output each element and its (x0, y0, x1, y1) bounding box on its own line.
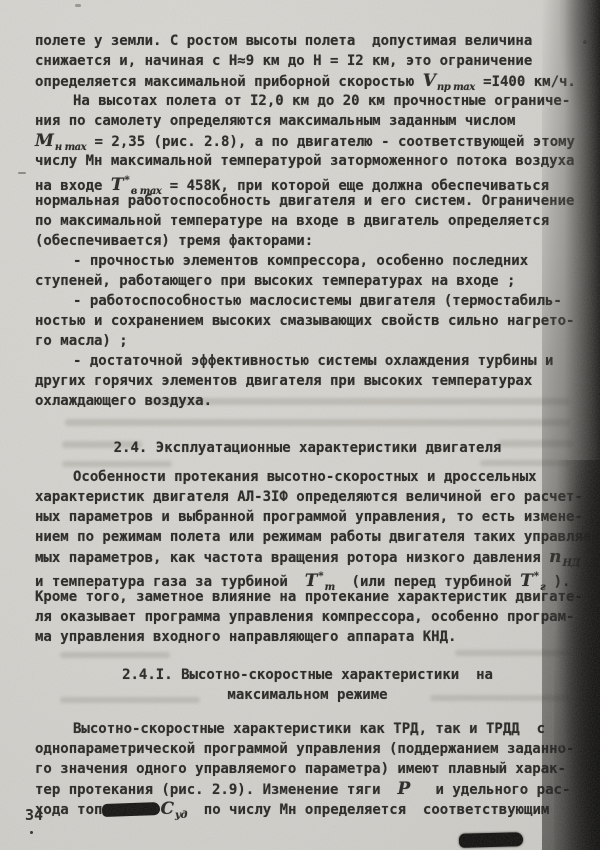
text-line: мых параметров, как частота вращения рот… (35, 547, 580, 567)
scan-speck (75, 4, 81, 7)
text-line: ностью и сохранением высоких смазывающих… (35, 311, 580, 331)
text-line: Кроме того, заметное влияние на протекан… (35, 587, 580, 607)
text-line: - прочностью элементов компрессора, особ… (35, 251, 580, 271)
text-line: - достаточной эффективностью системы охл… (35, 351, 580, 371)
text-line: ступеней, работающего при высоких темпер… (35, 271, 580, 291)
text-line: нормальная работоспособность двигателя и… (35, 191, 580, 211)
text-line: го значения одного управляемого параметр… (35, 759, 580, 779)
text-line: тер протекания (рис. 2.9). Изменение тяг… (35, 779, 580, 799)
paragraph-group: полете у земли. С ростом высоты полета д… (35, 31, 580, 411)
ink-redaction-mark (459, 832, 523, 848)
text-line: 2.4.I. Высотно-скоростные характеристики… (35, 665, 580, 685)
text-line: ма управления входного направляющего апп… (35, 627, 580, 647)
text-line: других горячих элементов двигателя при в… (35, 371, 580, 391)
text-line: снижается и, начиная с Н≈9 км до Н = I2 … (35, 51, 580, 71)
math-symbol: Mн mах (35, 131, 86, 150)
text-line: охлаждающего воздуха. (35, 391, 580, 411)
text-line: На высотах полета от I2,0 км до 20 км пр… (35, 91, 580, 111)
text-line: числу Мн максимальной температурой затор… (35, 151, 580, 171)
math-symbol: Cуд (160, 799, 186, 818)
text-line: - работоспособностью маслосистемы двигат… (35, 291, 580, 311)
text-line: характеристик двигателя АЛ-3IФ определяю… (35, 487, 580, 507)
text-line: максимальном режиме (35, 685, 580, 705)
text-line: 2.4. Эксплуатационные характеристики дви… (35, 438, 580, 458)
scan-speck (18, 172, 26, 174)
text-line: нием по режимам полета или режимам работ… (35, 527, 580, 547)
text-line: полете у земли. С ростом высоты полета д… (35, 31, 580, 51)
text-line: Особенности протекания высотно-скоростны… (35, 467, 580, 487)
text-line: Высотно-скоростные характеристики как ТР… (35, 719, 580, 739)
text-line: однопараметрической программой управлени… (35, 739, 580, 759)
text-line: на входе T*в mах = 458К, при которой еще… (35, 171, 580, 191)
scan-speck (30, 831, 33, 834)
text-line: и температура газа за турбиной T*т (или … (35, 567, 580, 587)
text-line: ля оказывает программа управления компре… (35, 607, 580, 627)
math-symbol: P (397, 779, 410, 798)
section-heading: 2.4. Эксплуатационные характеристики дви… (35, 438, 580, 458)
text-line: Mн mах = 2,35 (рис. 2.8), а по двигателю… (35, 131, 580, 151)
text-line: хода топCуд по числу Мн определяется соо… (35, 799, 580, 819)
paragraph-group: Особенности протекания высотно-скоростны… (35, 467, 580, 647)
text-line: го масла) ; (35, 331, 580, 351)
math-symbol: Vпр mах (423, 71, 475, 90)
text-line: по максимальной температуре на входе в д… (35, 211, 580, 231)
scan-speck (520, 197, 523, 200)
subsection-heading: 2.4.I. Высотно-скоростные характеристики… (35, 665, 580, 705)
text-column: полете у земли. С ростом высоты полета д… (35, 31, 580, 819)
scanned-page: полете у земли. С ростом высоты полета д… (0, 0, 600, 850)
ink-redaction-mark (102, 802, 160, 817)
text-line: (обеспечивается) тремя факторами: (35, 231, 580, 251)
text-line: определяется максимальной приборной скор… (35, 71, 580, 91)
text-line: ных параметров и выбранной программой уп… (35, 507, 580, 527)
scan-edge-shadow (554, 460, 600, 850)
text-line: ния по самолету определяются максимальны… (35, 111, 580, 131)
page-number: 34 (25, 806, 43, 824)
scan-speck (95, 585, 97, 587)
paragraph-group: Высотно-скоростные характеристики как ТР… (35, 719, 580, 819)
